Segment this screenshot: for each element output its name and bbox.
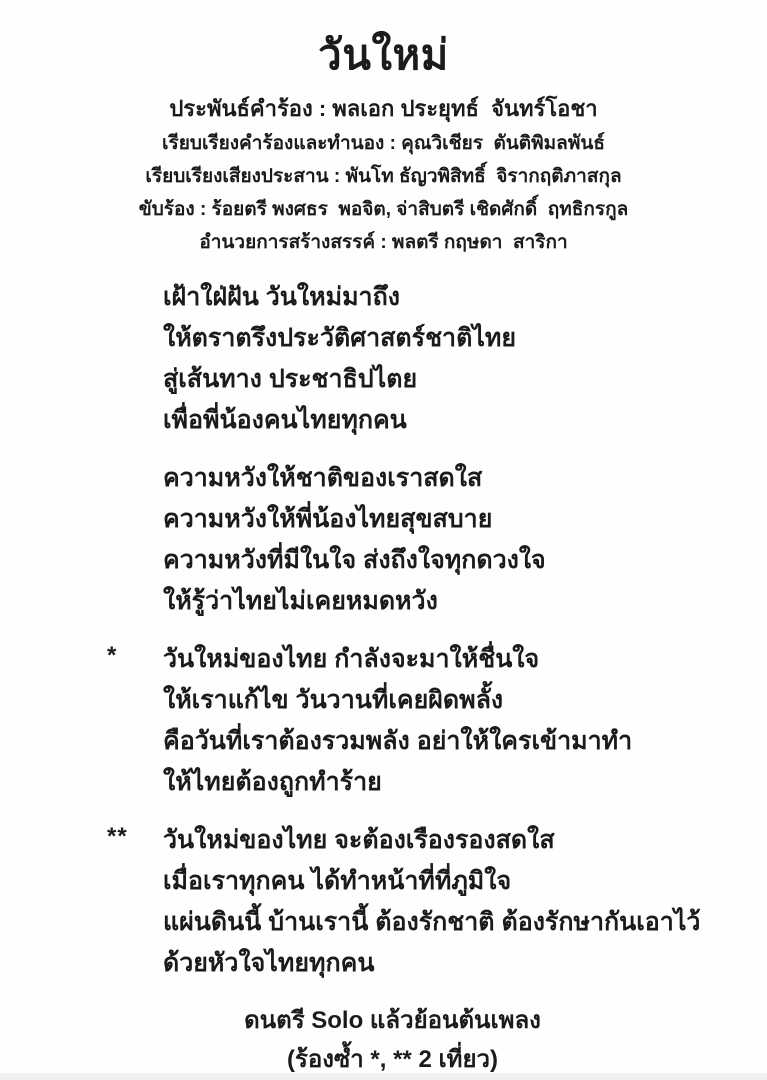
- stanza-3-chorus: * วันใหม่ของไทย กำลังจะมาให้ชื่นใจ ให้เร…: [163, 639, 767, 803]
- lyric-line: เมื่อเราทุกคน ได้ทำหน้าที่ที่ภูมิใจ: [163, 861, 767, 902]
- lyric-line: คือวันที่เราต้องรวมพลัง อย่าให้ใครเข้ามา…: [163, 721, 767, 762]
- lyric-line: เฝ้าใฝ่ฝัน วันใหม่มาถึง: [163, 277, 767, 318]
- lyric-line: ความหวังให้พี่น้องไทยสุขสบาย: [163, 499, 767, 540]
- lyric-line: เพื่อพี่น้องคนไทยทุกคน: [163, 400, 767, 441]
- lyric-line: ด้วยหัวใจไทยทุกคน: [163, 943, 767, 984]
- lyric-line: วันใหม่ของไทย กำลังจะมาให้ชื่นใจ: [163, 639, 767, 680]
- lyrics-block: เฝ้าใฝ่ฝัน วันใหม่มาถึง ให้ตราตรึงประวัต…: [163, 277, 767, 984]
- song-title: วันใหม่: [0, 0, 767, 84]
- music-solo-note: ดนตรี Solo แล้วย้อนต้นเพลง: [18, 1001, 767, 1040]
- credit-line-lyricist: ประพันธ์คำร้อง : พลเอก ประยุทธ์ จันทร์โอ…: [0, 90, 767, 127]
- lyric-line: ความหวังให้ชาติของเราสดใส: [163, 458, 767, 499]
- credit-line-harmony: เรียบเรียงเสียงประสาน : พันโท ธัญวพิสิทธ…: [0, 160, 767, 193]
- lyric-line: แผ่นดินนี้ บ้านเรานี้ ต้องรักชาติ ต้องรั…: [163, 902, 767, 943]
- stanza-1: เฝ้าใฝ่ฝัน วันใหม่มาถึง ให้ตราตรึงประวัต…: [163, 277, 767, 441]
- lyric-line: ให้ไทยต้องถูกทำร้าย: [163, 762, 767, 803]
- stanza-4-chorus: ** วันใหม่ของไทย จะต้องเรืองรองสดใส เมื่…: [163, 820, 767, 984]
- lyric-line: สู่เส้นทาง ประชาธิปไตย: [163, 359, 767, 400]
- lyric-line: ให้รู้ว่าไทยไม่เคยหมดหวัง: [163, 581, 767, 622]
- lyric-line: ให้ตราตรึงประวัติศาสตร์ชาติไทย: [163, 318, 767, 359]
- credit-line-vocalists: ขับร้อง : ร้อยตรี พงศธร พอจิต, จ่าสิบตรี…: [0, 193, 767, 226]
- lyric-line: ให้เราแก้ไข วันวานที่เคยผิดพลั้ง: [163, 680, 767, 721]
- repeat-marker-double-asterisk: **: [107, 823, 128, 851]
- credit-line-arranger: เรียบเรียงคำร้องและทำนอง : คุณวิเชียร ตั…: [0, 127, 767, 160]
- credits-block: ประพันธ์คำร้อง : พลเอก ประยุทธ์ จันทร์โอ…: [0, 90, 767, 259]
- lyric-line: ความหวังที่มีในใจ ส่งถึงใจทุกดวงใจ: [163, 540, 767, 581]
- lyric-sheet-page: วันใหม่ ประพันธ์คำร้อง : พลเอก ประยุทธ์ …: [0, 0, 767, 1080]
- lyric-line: วันใหม่ของไทย จะต้องเรืองรองสดใส: [163, 820, 767, 861]
- repeat-marker-single-asterisk: *: [107, 642, 117, 670]
- stanza-2: ความหวังให้ชาติของเราสดใส ความหวังให้พี่…: [163, 458, 767, 622]
- scan-bottom-edge: [0, 1073, 767, 1080]
- performance-notes: ดนตรี Solo แล้วย้อนต้นเพลง (ร้องซ้ำ *, *…: [0, 1001, 767, 1079]
- credit-line-director: อำนวยการสร้างสรรค์ : พลตรี กฤษดา สาริกา: [0, 226, 767, 259]
